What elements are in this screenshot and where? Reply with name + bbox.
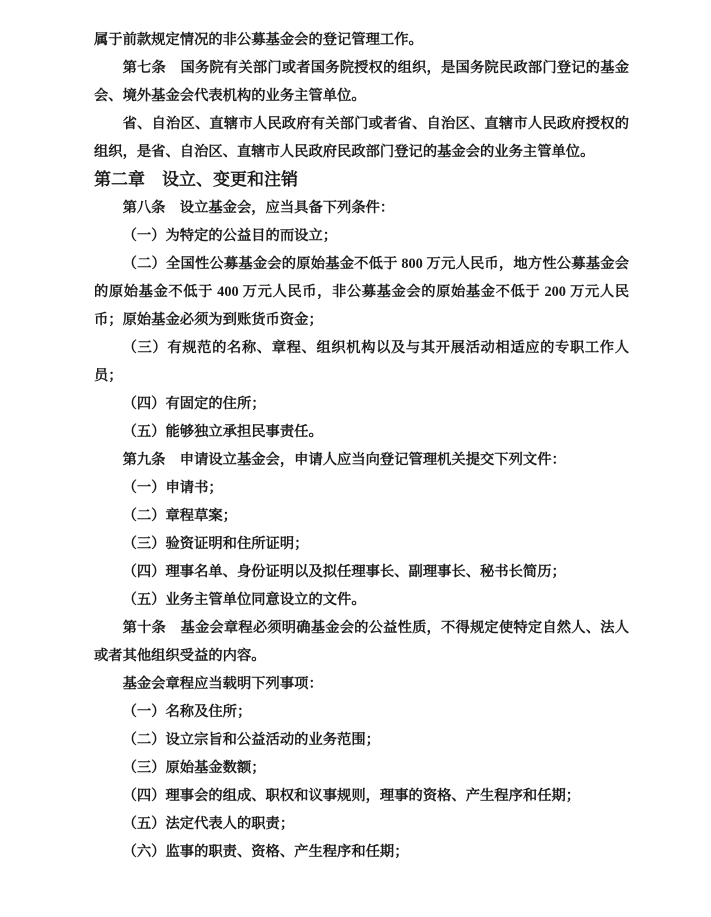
para-article-10-charter: 基金会章程应当载明下列事项： [94,670,629,698]
para-article-7-2: 省、自治区、直辖市人民政府有关部门或者省、自治区、直辖市人民政府授权的组织，是省… [94,110,629,166]
item-article-10-5: （五）法定代表人的职责； [94,810,629,838]
item-article-10-2: （二）设立宗旨和公益活动的业务范围； [94,726,629,754]
para-article-7-1: 第七条 国务院有关部门或者国务院授权的组织，是国务院民政部门登记的基金会、境外基… [94,54,629,110]
item-article-8-4: （四）有固定的住所； [94,390,629,418]
item-article-9-1: （一）申请书； [94,474,629,502]
para-continuation: 属于前款规定情况的非公募基金会的登记管理工作。 [94,26,629,54]
item-article-9-2: （二）章程草案； [94,502,629,530]
item-article-10-3: （三）原始基金数额； [94,754,629,782]
heading-chapter-2: 第二章 设立、变更和注销 [94,166,629,194]
item-article-9-3: （三）验资证明和住所证明； [94,530,629,558]
item-article-10-1: （一）名称及住所； [94,698,629,726]
item-article-10-4: （四）理事会的组成、职权和议事规则，理事的资格、产生程序和任期； [94,782,629,810]
item-article-8-2: （二）全国性公募基金会的原始基金不低于 800 万元人民币，地方性公募基金会的原… [94,250,629,334]
document-page: 属于前款规定情况的非公募基金会的登记管理工作。 第七条 国务院有关部门或者国务院… [0,0,711,917]
item-article-10-6: （六）监事的职责、资格、产生程序和任期； [94,838,629,866]
para-article-10-intro: 第十条 基金会章程必须明确基金会的公益性质，不得规定使特定自然人、法人或者其他组… [94,614,629,670]
item-article-8-3: （三）有规范的名称、章程、组织机构以及与其开展活动相适应的专职工作人员； [94,334,629,390]
para-article-9-intro: 第九条 申请设立基金会，申请人应当向登记管理机关提交下列文件： [94,446,629,474]
item-article-8-1: （一）为特定的公益目的而设立； [94,222,629,250]
item-article-9-5: （五）业务主管单位同意设立的文件。 [94,586,629,614]
item-article-9-4: （四）理事名单、身份证明以及拟任理事长、副理事长、秘书长简历； [94,558,629,586]
item-article-8-5: （五）能够独立承担民事责任。 [94,418,629,446]
para-article-8-intro: 第八条 设立基金会，应当具备下列条件： [94,194,629,222]
